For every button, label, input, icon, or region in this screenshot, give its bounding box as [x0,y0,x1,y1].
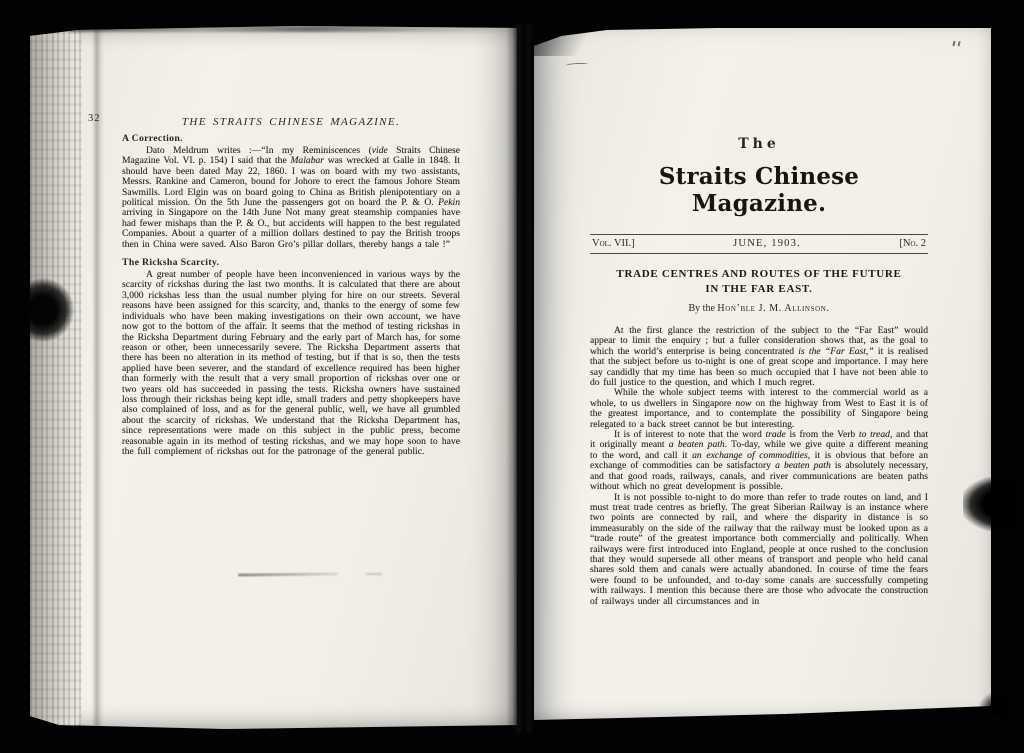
volume-label: Vol. VII.] [592,238,635,249]
issue-line: Vol. VII.] JUNE, 1903. [No. 2 [590,235,928,250]
book-scan: 32 THE STRAITS CHINESE MAGAZINE. A Corre… [0,0,1024,753]
article-title-line1: TRADE CENTRES AND ROUTES OF THE FUTURE [590,267,928,282]
article-byline: By the Hon’ble J. M. Allinson. [590,303,928,314]
page-crease-streak [92,26,104,729]
section-body: A great number of people have been incon… [122,270,460,457]
right-page: The Straits Chinese Magazine. Vol. VII.]… [534,28,991,722]
article-paragraph: It is not possible to-night to do more t… [590,493,928,607]
corner-shadow [534,28,614,56]
article-title: TRADE CENTRES AND ROUTES OF THE FUTURE I… [590,267,928,296]
section-correction: A Correction. Dato Meldrum writes :—“In … [122,133,460,250]
masthead-rule-bottom [590,253,928,254]
running-head: 32 THE STRAITS CHINESE MAGAZINE. [122,112,460,126]
issue-number: [No. 2 [899,238,926,249]
section-ricksha-scarcity: The Ricksha Scarcity. A great number of … [122,257,460,457]
byline-author: Hon’ble J. M. Allinson. [717,303,829,314]
article-title-line2: IN THE FAR EAST. [590,282,928,297]
masthead-title: Straits Chinese Magazine. [590,163,928,217]
issue-date: JUNE, 1903. [733,238,801,249]
pen-mark [566,62,588,67]
page-edge-texture [30,28,82,727]
top-edge-smudge [69,26,507,32]
byline-prefix: By the [689,303,718,314]
section-heading: The Ricksha Scarcity. [122,257,460,268]
left-page-content: 32 THE STRAITS CHINESE MAGAZINE. A Corre… [122,112,460,457]
left-page: 32 THE STRAITS CHINESE MAGAZINE. A Corre… [30,26,517,729]
right-page-content: The Straits Chinese Magazine. Vol. VII.]… [590,136,928,607]
masthead-the: The [590,136,928,152]
article-paragraph: It is of interest to note that the word … [590,430,928,492]
clip-shadow-right [963,477,1015,531]
article-paragraph: At the first glance the restriction of t… [590,326,928,388]
section-body: Dato Meldrum writes :—“In my Reminiscenc… [122,146,460,250]
section-heading: A Correction. [122,133,460,144]
pencil-smudge-mark [238,572,338,576]
page-number: 32 [88,113,101,124]
pen-tick-marks [952,41,955,46]
corner-shadow-bottom-right [978,690,1008,716]
running-title: THE STRAITS CHINESE MAGAZINE. [182,116,400,128]
article-paragraph: While the whole subject teems with inter… [590,388,928,430]
binder-clip-shadow [22,264,96,356]
